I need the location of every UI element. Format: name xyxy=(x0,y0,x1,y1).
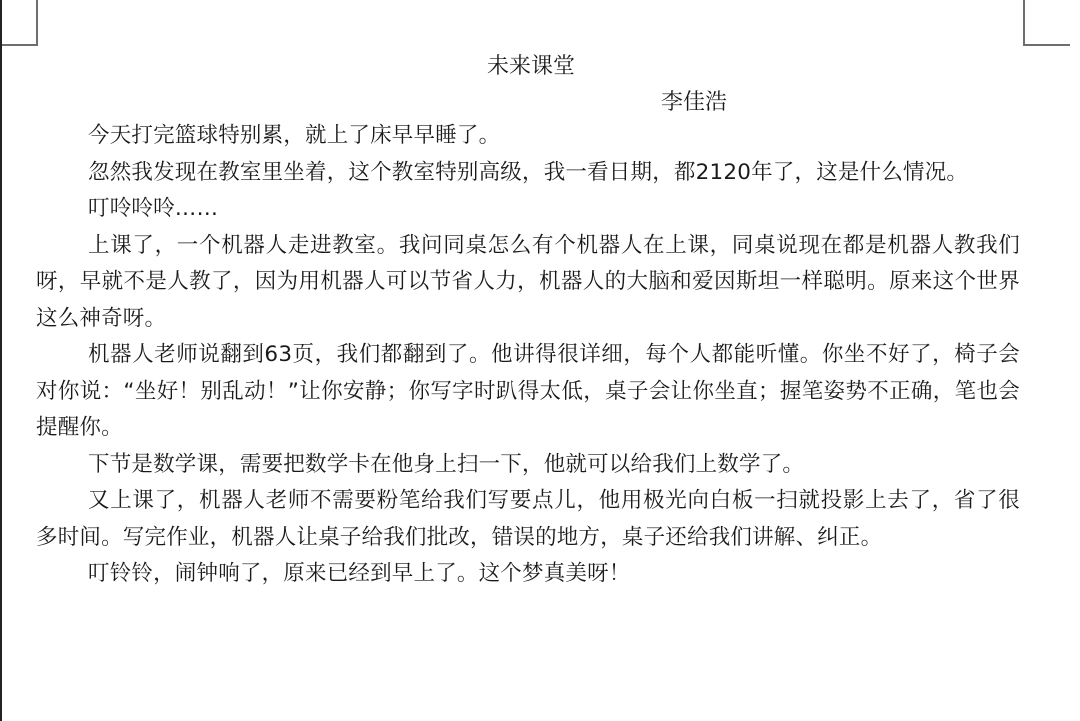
margin-corner-mark-top-right xyxy=(1023,0,1070,46)
paragraph: 下节是数学课，需要把数学卡在他身上扫一下，他就可以给我们上数学了。 xyxy=(36,447,1020,484)
margin-corner-mark-top-left xyxy=(2,0,38,46)
document-body[interactable]: 今天打完篮球特别累，就上了床早早睡了。 忽然我发现在教室里坐着，这个教室特别高级… xyxy=(36,118,1020,593)
paragraph: 叮呤呤呤…… xyxy=(36,191,1020,228)
paragraph: 上课了，一个机器人走进教室。我问同桌怎么有个机器人在上课，同桌说现在都是机器人教… xyxy=(36,228,1020,338)
document-author: 李佳浩 xyxy=(661,89,727,117)
paragraph: 忽然我发现在教室里坐着，这个教室特别高级，我一看日期，都2120年了，这是什么情… xyxy=(36,155,1020,192)
document-title: 未来课堂 xyxy=(36,53,1023,81)
paragraph: 叮铃铃，闹钟响了，原来已经到早上了。这个梦真美呀！ xyxy=(36,556,1020,593)
page-left-edge xyxy=(0,0,2,721)
paragraph: 今天打完篮球特别累，就上了床早早睡了。 xyxy=(36,118,1020,155)
paragraph: 机器人老师说翻到63页，我们都翻到了。他讲得很详细，每个人都能听懂。你坐不好了，… xyxy=(36,337,1020,447)
paragraph: 又上课了，机器人老师不需要粉笔给我们写要点儿，他用极光向白板一扫就投影上去了，省… xyxy=(36,483,1020,556)
